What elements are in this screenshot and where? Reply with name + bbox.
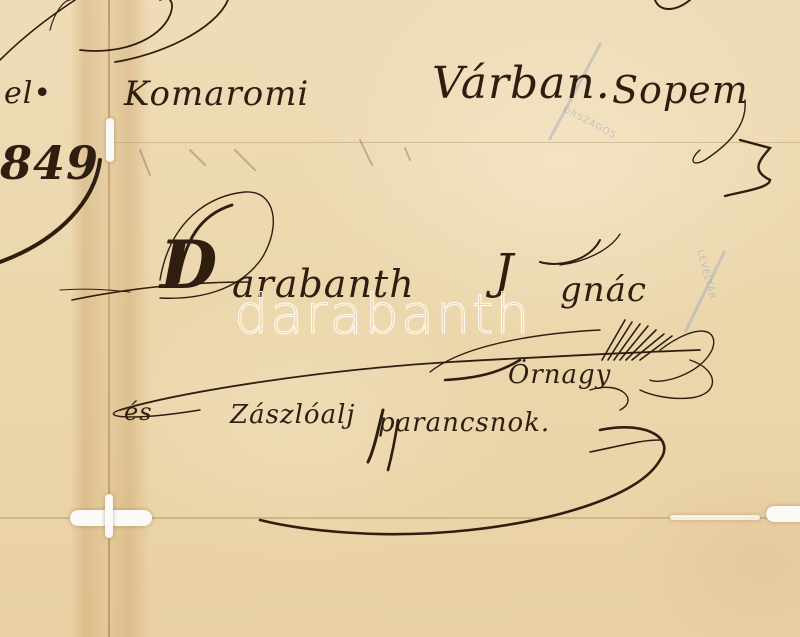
text-fragment-left: el•: [4, 76, 52, 111]
title-word-zaszloalj: Zászlóalj: [230, 400, 355, 430]
document-page: ORSZÁGOS LEVÉLTÁR: [0, 0, 800, 637]
title-word-es: és: [124, 398, 153, 426]
signature-initial: D: [160, 226, 218, 304]
year-fragment: 849: [0, 136, 99, 190]
watermark: darabanth: [234, 283, 532, 346]
location-word-varban: Várban.: [432, 58, 611, 109]
location-word-sopron: Sopem: [612, 68, 749, 112]
signature-given-name: gnác: [560, 270, 647, 310]
title-word-parancsnok: parancsnok.: [378, 408, 550, 438]
location-word-komaromi: Komaromi: [124, 74, 309, 114]
rank-text: Örnagy: [508, 360, 611, 390]
